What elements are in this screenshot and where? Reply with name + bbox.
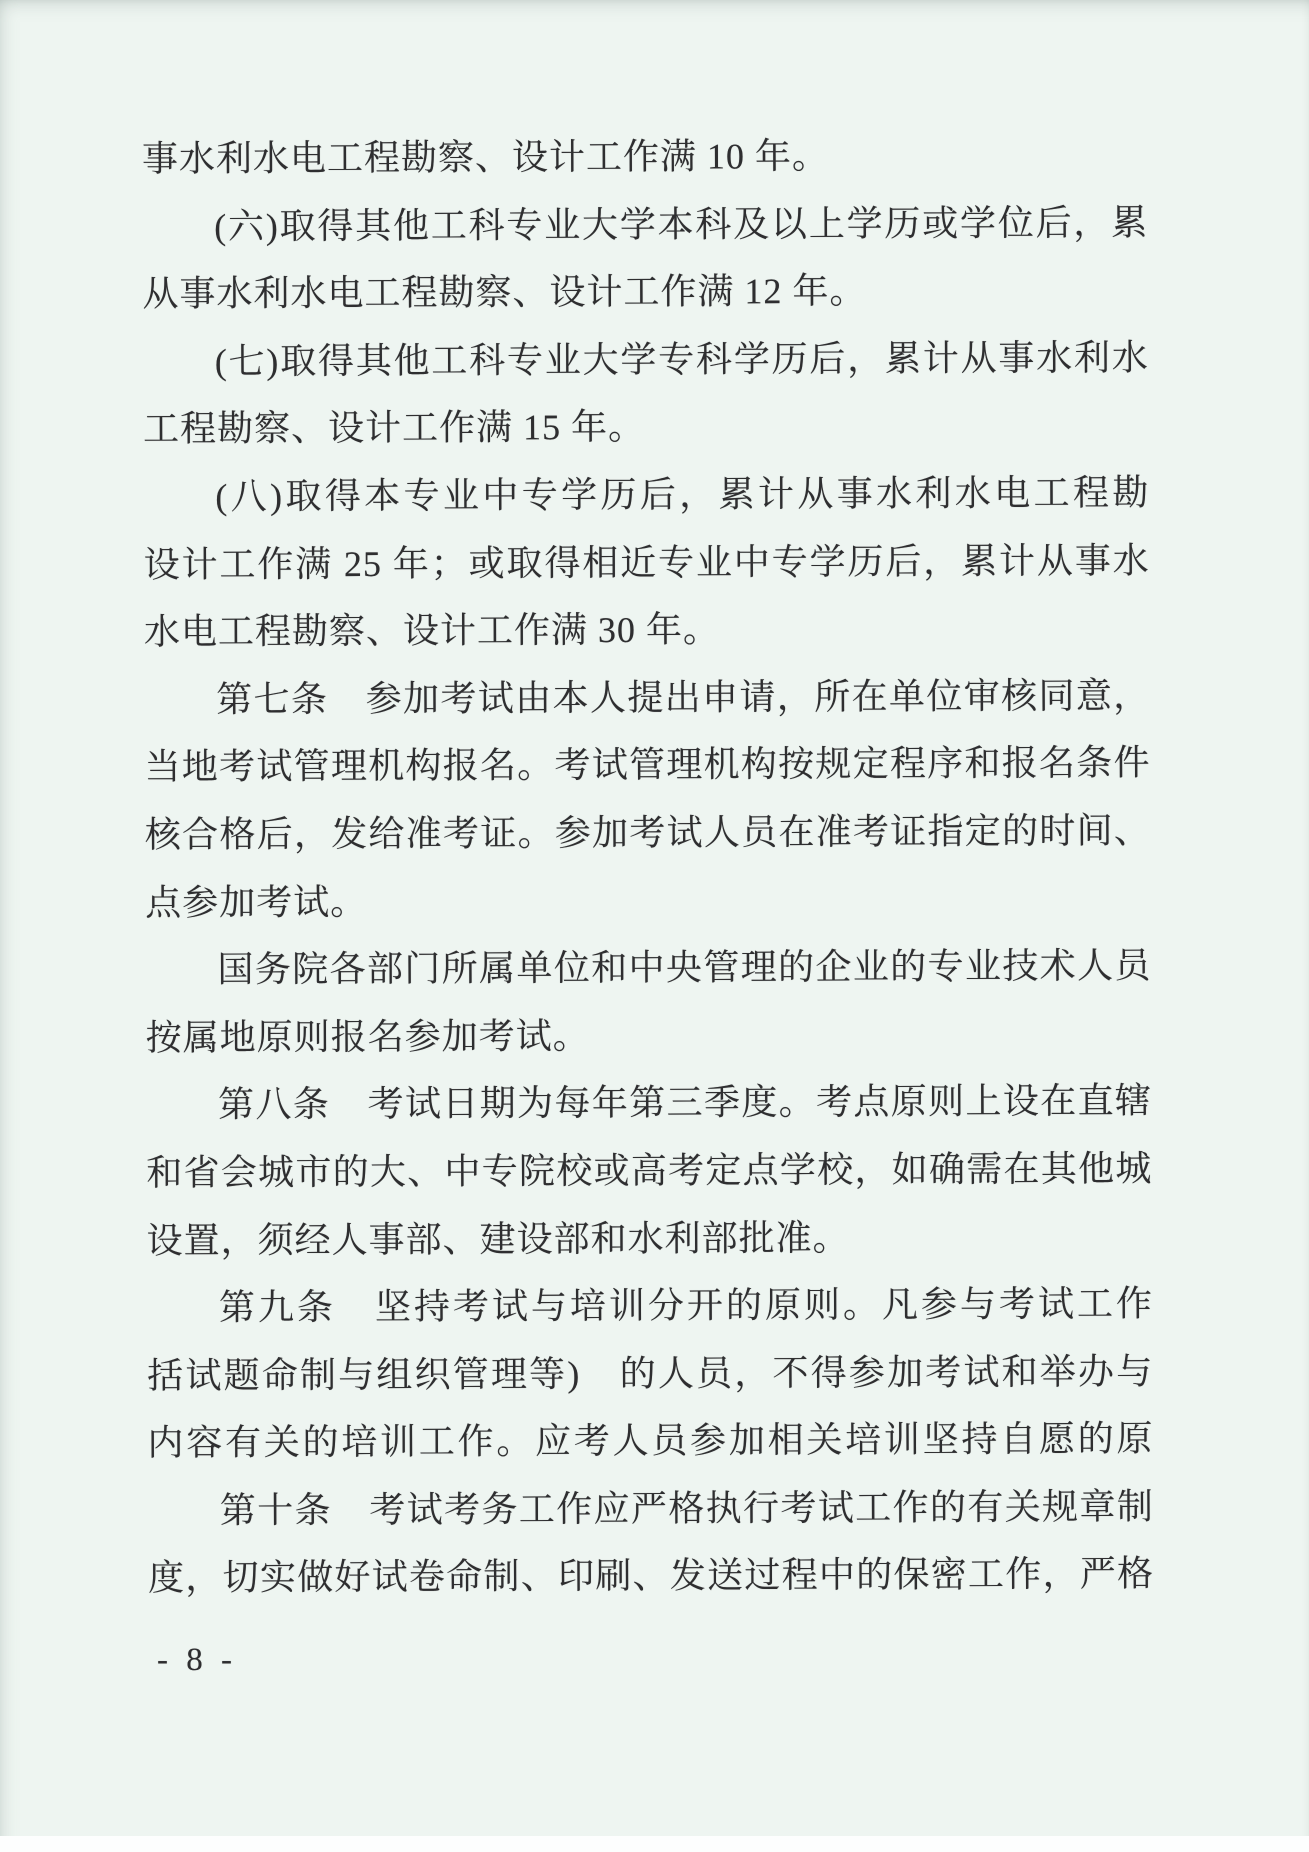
document-page: 事水利水电工程勘察、设计工作满 10 年。 (六)取得其他工科专业大学本科及以上… (0, 0, 1309, 1852)
page-number: - 8 - (157, 1642, 237, 1679)
text-line: 和省会城市的大、中专院校或高考定点学校，如确需在其他城市 (146, 1136, 1152, 1208)
text-line: 设置，须经人事部、建设部和水利部批准。 (146, 1203, 1152, 1275)
text-line: 水电工程勘察、设计工作满 30 年。 (144, 595, 1150, 667)
text-line: 括试题命制与组织管理等) 的人员，不得参加考试和举办与考试 (147, 1338, 1153, 1410)
text-line: 国务院各部门所属单位和中央管理的企业的专业技术人员 (145, 933, 1151, 1005)
text-line: 当地考试管理机构报名。考试管理机构按规定程序和报名条件审 (144, 730, 1150, 802)
text-line: 第十条 考试考务工作应严格执行考试工作的有关规章制 (148, 1473, 1154, 1545)
text-line: 从事水利水电工程勘察、设计工作满 12 年。 (142, 257, 1148, 329)
text-line: 工程勘察、设计工作满 15 年。 (143, 392, 1149, 464)
text-line: (七)取得其他工科专业大学专科学历后，累计从事水利水电 (143, 324, 1149, 396)
text-line: (八)取得本专业中专学历后，累计从事水利水电工程勘察、 (143, 460, 1149, 532)
text-line: 第八条 考试日期为每年第三季度。考点原则上设在直辖市 (146, 1068, 1152, 1140)
text-line: 按属地原则报名参加考试。 (146, 1000, 1152, 1072)
text-line: 点参加考试。 (145, 865, 1151, 937)
text-line: 内容有关的培训工作。应考人员参加相关培训坚持自愿的原则。 (147, 1406, 1153, 1478)
text-line: 度，切实做好试卷命制、印刷、发送过程中的保密工作，严格遵 (148, 1541, 1154, 1613)
text-line: 核合格后，发给准考证。参加考试人员在准考证指定的时间、地 (145, 798, 1151, 870)
text-line: 设计工作满 25 年；或取得相近专业中专学历后，累计从事水利 (144, 527, 1150, 599)
text-line: (六)取得其他工科专业大学本科及以上学历或学位后，累计 (142, 189, 1148, 261)
text-line: 事水利水电工程勘察、设计工作满 10 年。 (142, 122, 1148, 194)
document-text-block: 事水利水电工程勘察、设计工作满 10 年。 (六)取得其他工科专业大学本科及以上… (142, 122, 1154, 1613)
text-line: 第七条 参加考试由本人提出申请，所在单位审核同意，到 (144, 662, 1150, 734)
text-line: 第九条 坚持考试与培训分开的原则。凡参与考试工作(包 (147, 1271, 1153, 1343)
